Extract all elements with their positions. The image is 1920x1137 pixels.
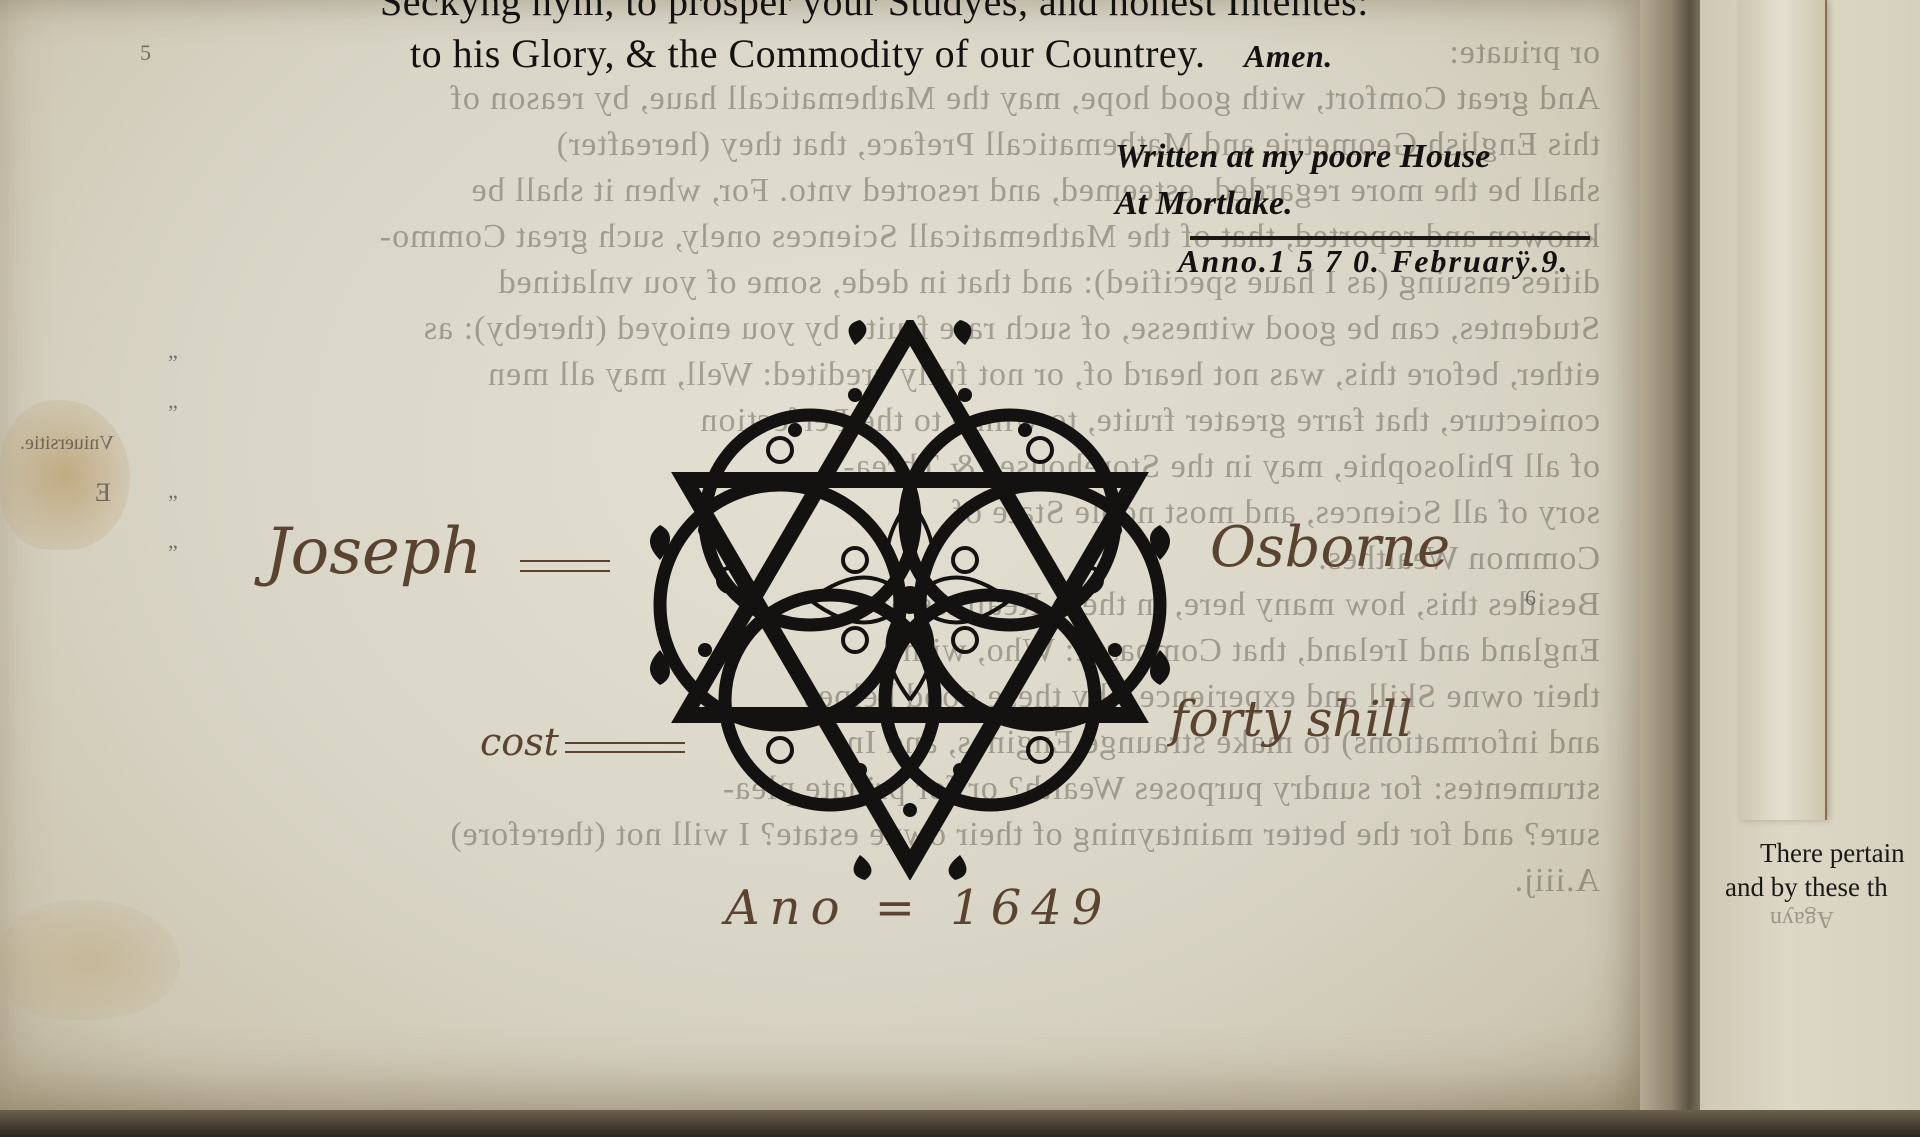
left-page: or priuate: And great Comfort, with good… — [0, 0, 1660, 1120]
folded-paper-strip — [1740, 0, 1827, 820]
facing-line1: There pertain — [1760, 838, 1905, 869]
printed-line-top: Seckyng hym, to prosper your Studyes, an… — [380, 0, 1369, 25]
cost-word: cost — [480, 720, 559, 764]
colophon-date: Anno.1 5 7 0. Februarÿ.9. — [1178, 243, 1569, 280]
signature-surname: Osborne — [1210, 515, 1450, 580]
page-number-mark: 6 — [1525, 585, 1536, 611]
facing-bleed: Agayn — [1770, 905, 1834, 932]
quote-mark: ” — [168, 490, 178, 516]
amen-text: Amen. — [1244, 38, 1333, 74]
quote-mark: ” — [168, 400, 178, 426]
inscription-date: Ano = 1649 — [725, 880, 1112, 936]
facing-line2: and by these th — [1725, 872, 1888, 903]
signature-first-name: Joseph — [265, 515, 482, 589]
hexagram-ornament-icon — [630, 320, 1190, 880]
page-number-mark: 5 — [140, 40, 151, 66]
book-bottom-edge — [0, 1110, 1920, 1137]
water-stain — [0, 400, 130, 550]
price-text: forty shill — [1170, 690, 1413, 748]
quote-mark: ” — [168, 350, 178, 376]
margin-note: Vniuersitie. — [20, 432, 114, 455]
margin-symbol: E — [95, 478, 111, 508]
water-stain — [0, 900, 180, 1020]
cost-dash — [565, 742, 685, 753]
quote-mark: ” — [168, 540, 178, 566]
colophon-line2: At Mortlake. — [1115, 185, 1293, 223]
printed-closing-line: to his Glory, & the Commodity of our Cou… — [410, 30, 1333, 77]
bleed-line: And great Comfort, with good hope, may t… — [200, 76, 1600, 122]
colophon-line1: Written at my poore House — [1115, 138, 1490, 176]
closing-text: to his Glory, & the Commodity of our Cou… — [410, 31, 1206, 76]
signature-dash — [520, 560, 610, 572]
colophon-rule — [1190, 236, 1590, 240]
